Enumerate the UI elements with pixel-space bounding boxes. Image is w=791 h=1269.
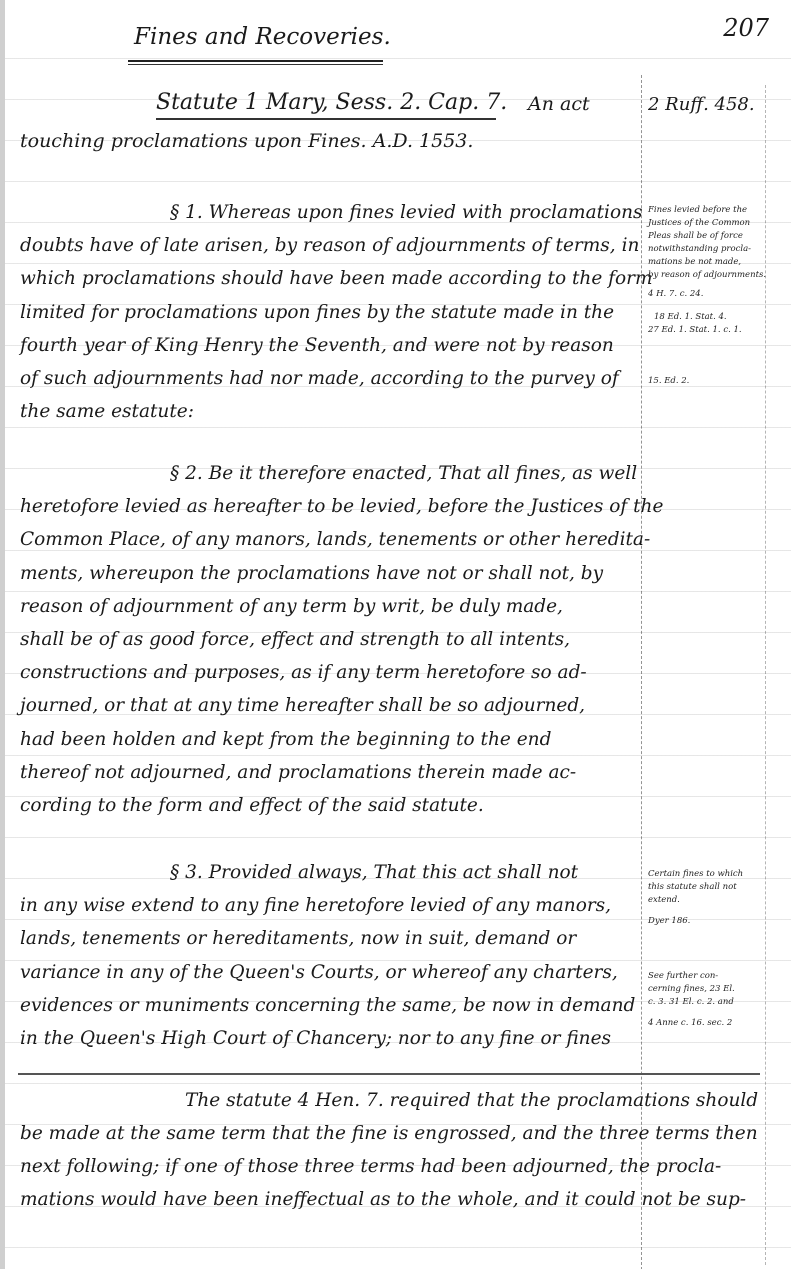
section-line: in the Queen's High Court of Chancery; n… xyxy=(20,1022,640,1055)
margin-line: See further con- xyxy=(648,970,788,983)
section-line: thereof not adjourned, and proclamations… xyxy=(20,756,640,789)
section-line: lands, tenements or hereditaments, now i… xyxy=(20,922,640,955)
margin-line: mations be not made, xyxy=(648,256,788,269)
section-line: variance in any of the Queen's Courts, o… xyxy=(20,956,640,989)
section-line: § 3. Provided always, That this act shal… xyxy=(20,856,640,889)
section-line: of such adjournments had nor made, accor… xyxy=(20,362,640,395)
section-line: constructions and purposes, as if any te… xyxy=(20,656,640,689)
margin-line: Fines levied before the xyxy=(648,204,788,217)
title-underline-double xyxy=(128,64,383,65)
section-line: limited for proclamations upon fines by … xyxy=(20,296,640,329)
section-line: reason of adjournment of any term by wri… xyxy=(20,590,640,623)
margin-line: cerning fines, 23 El. xyxy=(648,983,788,996)
title-underline xyxy=(128,60,383,62)
section-line: fourth year of King Henry the Seventh, a… xyxy=(20,329,640,362)
section-line: which proclamations should have been mad… xyxy=(20,262,640,295)
note-line: mations would have been ineffectual as t… xyxy=(20,1183,780,1216)
section-line: evidences or muniments concerning the sa… xyxy=(20,989,640,1022)
section-line: heretofore levied as hereafter to be lev… xyxy=(20,490,640,523)
editorial-note: The statute 4 Hen. 7. required that the … xyxy=(20,1084,780,1216)
section-line: had been holden and kept from the beginn… xyxy=(20,723,640,756)
margin-line: Pleas shall be of force xyxy=(648,230,788,243)
heading-reference: 2 Ruff. 458. xyxy=(648,94,755,115)
margin-line: c. 3. 31 El. c. 2. and xyxy=(648,996,788,1009)
margin-line: this statute shall not xyxy=(648,881,788,894)
margin-note-section-3a: Certain fines to which this statute shal… xyxy=(648,868,788,928)
page-number: 207 xyxy=(723,14,769,42)
section-line: cording to the form and effect of the sa… xyxy=(20,789,640,822)
section-2: § 2. Be it therefore enacted, That all f… xyxy=(20,457,640,822)
section-divider xyxy=(18,1073,760,1075)
section-line: shall be of as good force, effect and st… xyxy=(20,623,640,656)
margin-citation: 27 Ed. 1. Stat. 1. c. 1. xyxy=(648,324,788,337)
margin-citation: 4 Anne c. 16. sec. 2 xyxy=(648,1017,788,1030)
margin-line: Certain fines to which xyxy=(648,868,788,881)
margin-citation: 4 H. 7. c. 24. xyxy=(648,288,788,301)
margin-citation: 15. Ed. 2. xyxy=(648,375,788,388)
note-line: next following; if one of those three te… xyxy=(20,1150,780,1183)
margin-line: Justices of the Common xyxy=(648,217,788,230)
margin-citation: 18 Ed. 1. Stat. 4. xyxy=(648,311,788,324)
margin-line: notwithstanding procla- xyxy=(648,243,788,256)
section-line: journed, or that at any time hereafter s… xyxy=(20,689,640,722)
margin-note-section-3b: See further con- cerning fines, 23 El. c… xyxy=(648,970,788,1030)
statute-underline xyxy=(156,118,496,120)
margin-line: extend. xyxy=(648,894,788,907)
act-label: An act xyxy=(528,93,590,115)
section-line: ments, whereupon the proclamations have … xyxy=(20,557,640,590)
margin-note-section-1: Fines levied before the Justices of the … xyxy=(648,204,788,388)
statute-subtitle: touching proclamations upon Fines. A.D. … xyxy=(20,130,473,152)
scan-edge xyxy=(0,0,5,1269)
manuscript-page: 207 Fines and Recoveries. Statute 1 Mary… xyxy=(0,0,791,1269)
note-line: The statute 4 Hen. 7. required that the … xyxy=(20,1084,780,1117)
section-line: the same estatute: xyxy=(20,395,640,428)
section-line: § 2. Be it therefore enacted, That all f… xyxy=(20,457,640,490)
section-line: § 1. Whereas upon fines levied with proc… xyxy=(20,196,640,229)
section-3: § 3. Provided always, That this act shal… xyxy=(20,856,640,1055)
section-line: in any wise extend to any fine heretofor… xyxy=(20,889,640,922)
note-line: be made at the same term that the fine i… xyxy=(20,1117,780,1150)
section-line: doubts have of late arisen, by reason of… xyxy=(20,229,640,262)
statute-heading: Statute 1 Mary, Sess. 2. Cap. 7. xyxy=(156,90,507,115)
section-title: Fines and Recoveries. xyxy=(134,24,391,50)
margin-citation: Dyer 186. xyxy=(648,915,788,928)
margin-line: by reason of adjournments. xyxy=(648,269,788,282)
section-line: Common Place, of any manors, lands, tene… xyxy=(20,523,640,556)
section-1: § 1. Whereas upon fines levied with proc… xyxy=(20,196,640,428)
